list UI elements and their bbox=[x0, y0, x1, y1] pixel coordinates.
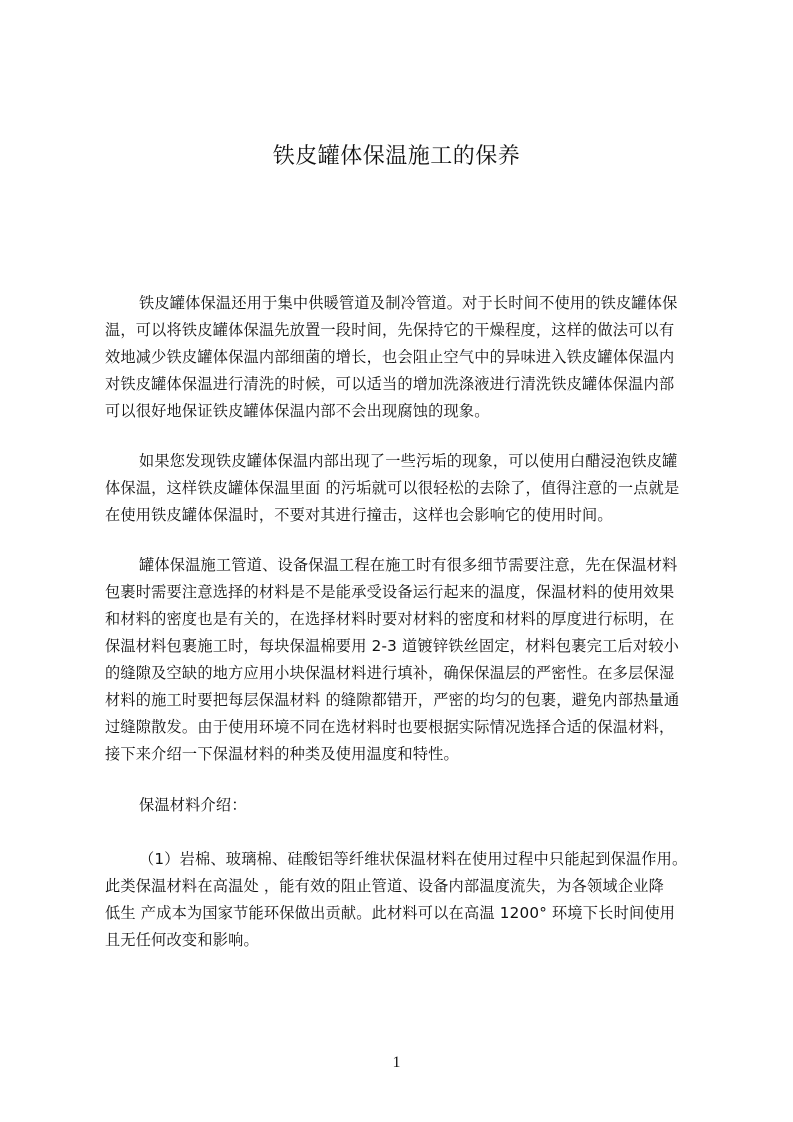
text-line: 在使用铁皮罐体保温时，不要对其进行撞击，这样也会影响它的使用时间。 bbox=[105, 502, 705, 529]
text-line: 过缝隙散发。由于使用环境不同在选材料时也要根据实际情况选择合适的保温材料， bbox=[105, 714, 705, 741]
section-heading: 保温材料介绍： bbox=[105, 792, 705, 819]
paragraph-3: 罐体保温施工管道、设备保温工程在施工时有很多细节需要注意，先在保温材料 包裹时需… bbox=[105, 552, 705, 768]
text-line: 保温材料介绍： bbox=[105, 792, 705, 819]
text-line: （1）岩棉、玻璃棉、硅酸铝等纤维状保温材料在使用过程中只能起到保温作用。 bbox=[105, 846, 705, 873]
paragraph-4: （1）岩棉、玻璃棉、硅酸铝等纤维状保温材料在使用过程中只能起到保温作用。 此类保… bbox=[105, 846, 705, 954]
text-line: 保温材料包裹施工时，每块保温棉要用 2-3 道镀锌铁丝固定，材料包裹完工后对较小 bbox=[105, 633, 705, 660]
text-line: 此类保温材料在高温处 ，能有效的阻止管道、设备内部温度流失，为各领域企业降 bbox=[105, 873, 705, 900]
page-number: 1 bbox=[0, 1054, 793, 1072]
text-line: 的缝隙及空缺的地方应用小块保温材料进行填补，确保保温层的严密性。在多层保湿 bbox=[105, 660, 705, 687]
text-line: 低生 产成本为国家节能环保做出贡献。此材料可以在高温 1200° 环境下长时间使… bbox=[105, 900, 705, 927]
document-title: 铁皮罐体保温施工的保养 bbox=[0, 140, 793, 174]
text-line: 可以很好地保证铁皮罐体保温内部不会出现腐蚀的现象。 bbox=[105, 398, 705, 425]
paragraph-1: 铁皮罐体保温还用于集中供暖管道及制冷管道。对于长时间不使用的铁皮罐体保 温，可以… bbox=[105, 290, 705, 425]
text-line: 如果您发现铁皮罐体保温内部出现了一些污垢的现象，可以使用白醋浸泡铁皮罐 bbox=[105, 448, 705, 475]
text-line: 铁皮罐体保温还用于集中供暖管道及制冷管道。对于长时间不使用的铁皮罐体保 bbox=[105, 290, 705, 317]
text-line: 且无任何改变和影响。 bbox=[105, 927, 705, 954]
text-line: 对铁皮罐体保温进行清洗的时候，可以适当的增加洗涤液进行清洗铁皮罐体保温内部 bbox=[105, 371, 705, 398]
text-line: 包裹时需要注意选择的材料是不是能承受设备运行起来的温度，保温材料的使用效果 bbox=[105, 579, 705, 606]
text-line: 接下来介绍一下保温材料的种类及使用温度和特性。 bbox=[105, 741, 705, 768]
paragraph-2: 如果您发现铁皮罐体保温内部出现了一些污垢的现象，可以使用白醋浸泡铁皮罐 体保温，… bbox=[105, 448, 705, 529]
text-line: 效地减少铁皮罐体保温内部细菌的增长，也会阻止空气中的异味进入铁皮罐体保温内 bbox=[105, 344, 705, 371]
text-line: 和材料的密度也是有关的，在选择材料时要对材料的密度和材料的厚度进行标明，在 bbox=[105, 606, 705, 633]
text-line: 罐体保温施工管道、设备保温工程在施工时有很多细节需要注意，先在保温材料 bbox=[105, 552, 705, 579]
text-line: 材料的施工时要把每层保温材料 的缝隙都错开，严密的均匀的包裹，避免内部热量通 bbox=[105, 687, 705, 714]
text-line: 体保温，这样铁皮罐体保温里面 的污垢就可以很轻松的去除了，值得注意的一点就是 bbox=[105, 475, 705, 502]
text-line: 温，可以将铁皮罐体保温先放置一段时间，先保持它的干燥程度，这样的做法可以有 bbox=[105, 317, 705, 344]
